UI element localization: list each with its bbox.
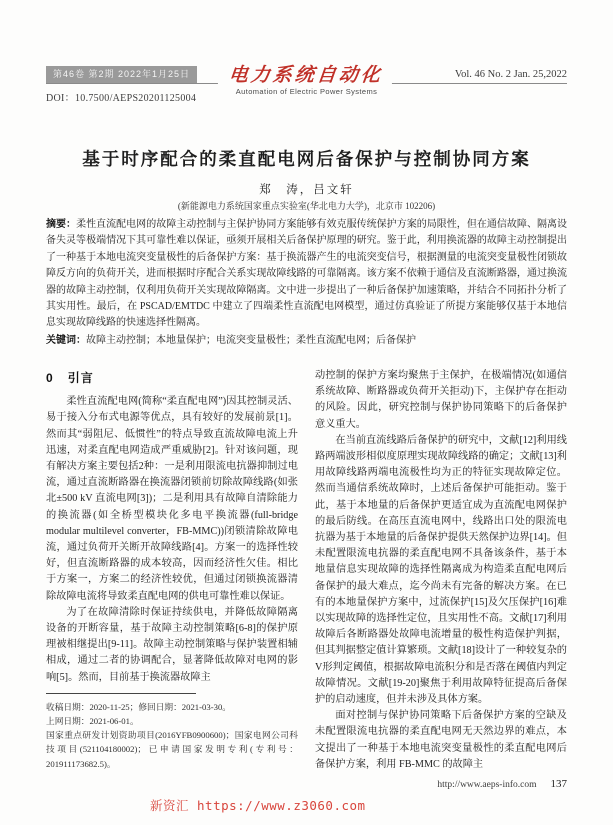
footnote-funding: 国家重点研发计划资助项目(2016YFB0900600)；国家电网公司科技项目(…	[46, 728, 298, 771]
journal-logo-en: Automation of Electric Power Systems	[0, 87, 613, 96]
abstract-label: 摘要：	[46, 219, 76, 230]
section-0-number: 0	[46, 371, 54, 385]
right-paragraph-3: 面对控制与保护协同策略下后备保护方案的空缺及未配置限流电抗器的柔直配电网无天然边…	[315, 708, 567, 773]
footnote-online-date: 上网日期：2021-06-01。	[46, 714, 298, 728]
page-number: 137	[551, 778, 568, 790]
article-title: 基于时序配合的柔直配电网后备保护与控制协同方案	[0, 146, 613, 171]
footnote-divider	[46, 693, 196, 694]
keywords-label: 关键词：	[46, 335, 86, 346]
left-paragraph-1: 柔性直流配电网(简称“柔直配电网”)因其控制灵活、易于接入分布式电源等优点，具有…	[46, 394, 298, 605]
abstract-text: 柔性直流配电网的故障主动控制与主保护协同方案能够有效克服传统保护方案的局限性，但…	[46, 219, 567, 328]
left-column: 0引言 柔性直流配电网(简称“柔直配电网”)因其控制灵活、易于接入分布式电源等优…	[46, 368, 298, 773]
affiliation: (新能源电力系统国家重点实验室(华北电力大学)，北京市 102206)	[0, 199, 613, 212]
footnote-dates: 收稿日期：2020-11-25；修回日期：2021-03-30。	[46, 700, 298, 714]
keywords-line: 关键词：故障主动控制；本地量保护；电流突变量极性；柔性直流配电网；后备保护	[46, 333, 567, 349]
page-footer: http://www.aeps-info.com137	[437, 778, 567, 790]
right-paragraph-1: 动控制的保护方案均聚焦于主保护，在极端情况(如通信系统故障、断路器或负荷开关拒动…	[315, 368, 567, 433]
right-column: 动控制的保护方案均聚焦于主保护，在极端情况(如通信系统故障、断路器或负荷开关拒动…	[315, 368, 567, 773]
journal-page: 第46卷 第2期 2022年1月25日 DOI：10.7500/AEPS2020…	[0, 0, 613, 825]
journal-logo-cn: 电力系统自动化	[218, 60, 395, 87]
body-columns: 0引言 柔性直流配电网(简称“柔直配电网”)因其控制灵活、易于接入分布式电源等优…	[46, 368, 567, 773]
abstract-block: 摘要：柔性直流配电网的故障主动控制与主保护协同方案能够有效克服传统保护方案的局限…	[46, 217, 567, 349]
authors: 郑 涛，吕文轩	[0, 181, 613, 197]
section-0-heading: 0引言	[46, 370, 298, 386]
volume-info: Vol. 46 No. 2 Jan. 25,2022	[455, 69, 567, 80]
watermark-text: 新资汇 https://www.z3060.com	[150, 796, 366, 814]
keywords-text: 故障主动控制；本地量保护；电流突变量极性；柔性直流配电网；后备保护	[86, 335, 416, 346]
footnote-block: 收稿日期：2020-11-25；修回日期：2021-03-30。 上网日期：20…	[46, 693, 298, 771]
left-paragraph-2: 为了在故障清除时保证持续供电，并降低故障隔离设备的开断容量，基于故障主动控制策略…	[46, 605, 298, 686]
journal-url: http://www.aeps-info.com	[437, 780, 536, 790]
section-0-title: 引言	[68, 371, 94, 385]
abstract-paragraph: 摘要：柔性直流配电网的故障主动控制与主保护协同方案能够有效克服传统保护方案的局限…	[46, 217, 567, 332]
right-paragraph-2: 在当前直流线路后备保护的研究中，文献[12]利用线路两端波形相似度原理实现故障线…	[315, 433, 567, 708]
